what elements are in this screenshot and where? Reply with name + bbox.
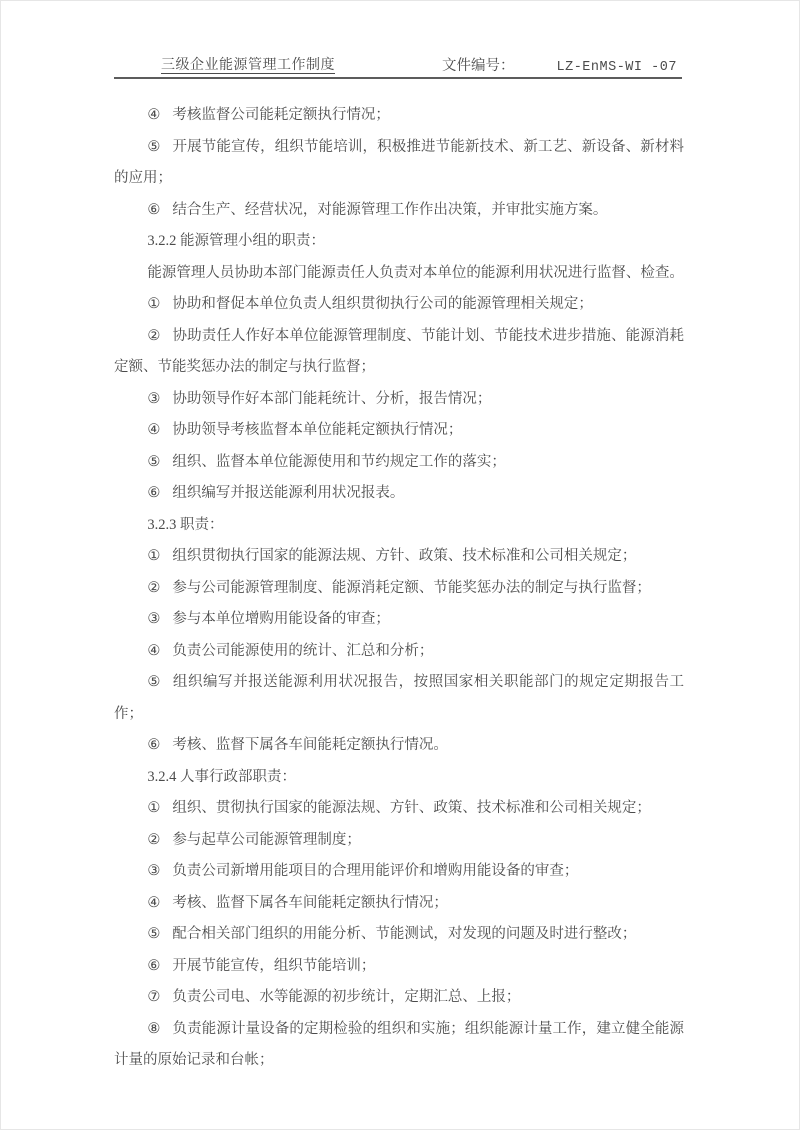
header-divider bbox=[114, 77, 682, 79]
item-text: 组织、监督本单位能源使用和节约规定工作的落实； bbox=[172, 454, 506, 470]
item-text: 负责公司能源使用的统计、汇总和分析； bbox=[172, 643, 433, 659]
list-item: ⑧负责能源计量设备的定期检验的组织和实施；组织能源计量工作，建立健全能源计量的原… bbox=[114, 1014, 684, 1077]
section-heading: 3.2.2 能源管理小组的职责： bbox=[114, 226, 684, 258]
list-item: ②参与公司能源管理制度、能源消耗定额、节能奖惩办法的制定与执行监督； bbox=[114, 573, 684, 605]
list-item: ③协助领导作好本部门能耗统计、分析，报告情况； bbox=[114, 384, 684, 416]
list-item: ⑤组织、监督本单位能源使用和节约规定工作的落实； bbox=[114, 447, 684, 479]
item-number: ② bbox=[147, 328, 160, 344]
item-text: 协助和督促本单位负责人组织贯彻执行公司的能源管理相关规定； bbox=[172, 296, 593, 312]
list-item: ⑥考核、监督下属各车间能耗定额执行情况。 bbox=[114, 730, 684, 762]
item-number: ② bbox=[147, 580, 160, 596]
item-number: ⑥ bbox=[147, 737, 160, 753]
item-number: ⑦ bbox=[147, 989, 160, 1005]
heading-text: 3.2.2 能源管理小组的职责： bbox=[147, 233, 325, 249]
heading-text: 3.2.3 职责： bbox=[147, 517, 223, 533]
item-number: ⑤ bbox=[147, 674, 161, 690]
item-text: 负责公司电、水等能源的初步统计，定期汇总、上报； bbox=[172, 989, 520, 1005]
list-item: ⑤开展节能宣传，组织节能培训，积极推进节能新技术、新工艺、新设备、新材料的应用； bbox=[114, 132, 684, 195]
item-text: 负责能源计量设备的定期检验的组织和实施；组织能源计量工作，建立健全能源计量的原始… bbox=[114, 1021, 684, 1069]
heading-text: 3.2.4 人事行政部职责： bbox=[147, 769, 296, 785]
item-text: 组织贯彻执行国家的能源法规、方针、政策、技术标准和公司相关规定； bbox=[172, 548, 636, 564]
item-text: 协助领导作好本部门能耗统计、分析，报告情况； bbox=[172, 391, 491, 407]
item-number: ⑤ bbox=[147, 454, 160, 470]
item-text: 考核、监督下属各车间能耗定额执行情况； bbox=[172, 895, 448, 911]
list-item: ⑤组织编写并报送能源利用状况报告，按照国家相关职能部门的规定定期报告工作； bbox=[114, 667, 684, 730]
item-text: 组织、贯彻执行国家的能源法规、方针、政策、技术标准和公司相关规定； bbox=[172, 800, 651, 816]
list-item: ④考核监督公司能耗定额执行情况； bbox=[114, 100, 684, 132]
list-item: ③负责公司新增用能项目的合理用能评价和增购用能设备的审查； bbox=[114, 856, 684, 888]
item-text: 考核监督公司能耗定额执行情况； bbox=[172, 107, 390, 123]
list-item: ④协助领导考核监督本单位能耗定额执行情况； bbox=[114, 415, 684, 447]
list-item: ②协助责任人作好本单位能源管理制度、节能计划、节能技术进步措施、能源消耗定额、节… bbox=[114, 321, 684, 384]
item-number: ⑥ bbox=[147, 958, 160, 974]
item-number: ③ bbox=[147, 611, 160, 627]
section-heading: 3.2.4 人事行政部职责： bbox=[114, 762, 684, 794]
document-title: 三级企业能源管理工作制度 bbox=[161, 54, 335, 74]
list-item: ①协助和督促本单位负责人组织贯彻执行公司的能源管理相关规定； bbox=[114, 289, 684, 321]
list-item: ⑥开展节能宣传，组织节能培训； bbox=[114, 951, 684, 983]
list-item: ④考核、监督下属各车间能耗定额执行情况； bbox=[114, 888, 684, 920]
item-number: ⑥ bbox=[147, 202, 160, 218]
page-background: 三级企业能源管理工作制度 文件编号：LZ-EnMS-WI -07 ④考核监督公司… bbox=[1, 1, 799, 1129]
item-text: 参与公司能源管理制度、能源消耗定额、节能奖惩办法的制定与执行监督； bbox=[172, 580, 651, 596]
item-text: 能源管理人员协助本部门能源责任人负责对本单位的能源利用状况进行监督、检查。 bbox=[147, 265, 684, 281]
item-number: ④ bbox=[147, 107, 160, 123]
doc-number: 文件编号：LZ-EnMS-WI -07 bbox=[442, 54, 677, 75]
item-text: 配合相关部门组织的用能分析、节能测试，对发现的问题及时进行整改； bbox=[172, 926, 636, 942]
list-item: ②参与起草公司能源管理制度； bbox=[114, 825, 684, 857]
item-text: 组织编写并报送能源利用状况报告，按照国家相关职能部门的规定定期报告工作； bbox=[114, 674, 684, 722]
list-item: ①组织、贯彻执行国家的能源法规、方针、政策、技术标准和公司相关规定； bbox=[114, 793, 684, 825]
item-number: ④ bbox=[147, 895, 160, 911]
item-text: 参与起草公司能源管理制度； bbox=[172, 832, 361, 848]
item-number: ③ bbox=[147, 863, 160, 879]
list-item: ⑤配合相关部门组织的用能分析、节能测试，对发现的问题及时进行整改； bbox=[114, 919, 684, 951]
section-heading: 3.2.3 职责： bbox=[114, 510, 684, 542]
item-text: 参与本单位增购用能设备的审查； bbox=[172, 611, 390, 627]
item-number: ④ bbox=[147, 643, 160, 659]
list-item: ⑦负责公司电、水等能源的初步统计，定期汇总、上报； bbox=[114, 982, 684, 1014]
item-number: ⑤ bbox=[147, 926, 160, 942]
item-text: 结合生产、经营状况，对能源管理工作作出决策，并审批实施方案。 bbox=[172, 202, 607, 218]
item-number: ⑧ bbox=[147, 1021, 160, 1037]
item-number: ⑤ bbox=[147, 139, 160, 155]
item-text: 负责公司新增用能项目的合理用能评价和增购用能设备的审查； bbox=[172, 863, 578, 879]
paragraph: 能源管理人员协助本部门能源责任人负责对本单位的能源利用状况进行监督、检查。 bbox=[114, 258, 684, 290]
item-number: ① bbox=[147, 548, 160, 564]
item-number: ④ bbox=[147, 422, 160, 438]
item-number: ① bbox=[147, 296, 160, 312]
list-item: ⑥组织编写并报送能源利用状况报表。 bbox=[114, 478, 684, 510]
list-item: ①组织贯彻执行国家的能源法规、方针、政策、技术标准和公司相关规定； bbox=[114, 541, 684, 573]
item-text: 开展节能宣传，组织节能培训，积极推进节能新技术、新工艺、新设备、新材料的应用； bbox=[114, 139, 684, 187]
item-number: ⑥ bbox=[147, 485, 160, 501]
item-text: 考核、监督下属各车间能耗定额执行情况。 bbox=[172, 737, 448, 753]
list-item: ④负责公司能源使用的统计、汇总和分析； bbox=[114, 636, 684, 668]
item-text: 协助领导考核监督本单位能耗定额执行情况； bbox=[172, 422, 462, 438]
document-body: ④考核监督公司能耗定额执行情况；⑤开展节能宣传，组织节能培训，积极推进节能新技术… bbox=[114, 100, 684, 1077]
item-text: 协助责任人作好本单位能源管理制度、节能计划、节能技术进步措施、能源消耗定额、节能… bbox=[114, 328, 684, 376]
item-number: ③ bbox=[147, 391, 160, 407]
document-page: { "header": { "title": "三级企业能源管理工作制度", "… bbox=[0, 0, 800, 1130]
item-number: ① bbox=[147, 800, 160, 816]
doc-number-label: 文件编号： bbox=[442, 58, 515, 74]
item-text: 开展节能宣传，组织节能培训； bbox=[172, 958, 375, 974]
doc-number-value: LZ-EnMS-WI -07 bbox=[557, 60, 677, 75]
item-number: ② bbox=[147, 832, 160, 848]
list-item: ⑥结合生产、经营状况，对能源管理工作作出决策，并审批实施方案。 bbox=[114, 195, 684, 227]
list-item: ③参与本单位增购用能设备的审查； bbox=[114, 604, 684, 636]
item-text: 组织编写并报送能源利用状况报表。 bbox=[172, 485, 404, 501]
